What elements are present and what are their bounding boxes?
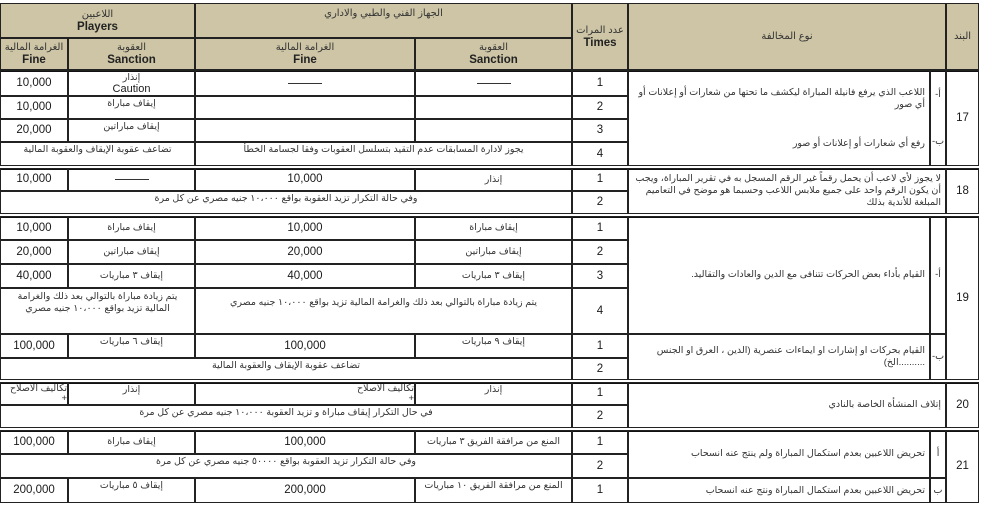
plus-sign: + [408,394,414,404]
staff-fine-cell: 10,000 [195,168,415,191]
staff-sanction-cell [415,70,572,96]
staff-note: يجوز لادارة المسابقات عدم التقيد بتسلسل … [195,142,572,166]
players-group-label-en: Players [77,21,118,34]
fine-label-en: Fine [22,54,46,67]
times-cell: 2 [572,405,628,428]
violation-text-b: القيام بحركات او إشارات او ايماءات عنصري… [628,334,930,380]
times-cell: 1 [572,382,628,405]
violation-type-label: نوع المخالفة [761,30,812,43]
violation-type-header: نوع المخالفة [628,3,946,70]
sanction-label-ar: العقوبة [479,41,508,54]
player-fine-cell: 10,000 [0,70,68,96]
staff-fine-cell: تكاليف الاصلاح + [195,382,415,405]
clause-number: 17 [946,70,979,166]
times-cell: 1 [572,430,628,454]
staff-sanction-cell: إيقاف ٩ مباريات [415,334,572,358]
times-cell: 4 [572,288,628,334]
staff-fine-cell: 10,000 [195,216,415,240]
player-sanction-cell: إيقاف مباراة [68,430,195,454]
clause-label: البند [954,30,971,43]
player-fine-header: الغرامة المالية Fine [0,38,68,70]
staff-fine-cell: 100,000 [195,334,415,358]
player-fine-cell: 100,000 [0,430,68,454]
player-fine-cell: 20,000 [0,240,68,264]
player-sanction-cell: إنذار [68,382,195,405]
plus-sign: + [61,394,67,404]
sanction-label-en: Sanction [107,54,156,67]
sanction-en: Caution [113,84,151,95]
sanction-label-en: Sanction [469,54,518,67]
staff-fine-cell [195,119,415,142]
times-cell: 2 [572,240,628,264]
dash-icon [288,83,322,84]
clause-header: البند [946,3,979,70]
player-sanction-cell: إيقاف ٦ مباريات [68,334,195,358]
item-b-text: رفع أي شعارات أو إعلانات أو صور [793,138,925,150]
staff-sanction-cell: إنذار [415,382,572,405]
times-cell: 1 [572,334,628,358]
fine-label-ar: الغرامة المالية [5,41,64,54]
player-fine-cell: 200,000 [0,478,68,503]
fine-label-ar: الغرامة المالية [276,41,335,54]
player-sanction-cell: إنذار Caution [68,70,195,96]
staff-sanction-cell [415,96,572,119]
staff-sanction-cell: المنع من مرافقة الفريق ٣ مباريات [415,430,572,454]
repair-costs-label: تكاليف الاصلاح [10,384,67,394]
staff-fine-cell [195,96,415,119]
repeat-note: وفي حالة التكرار تزيد العقوبة بواقع ٥٠٠٠… [0,454,572,478]
repair-costs-label: تكاليف الاصلاح [357,384,414,394]
times-cell: 1 [572,478,628,503]
fine-label-en: Fine [293,54,317,67]
player-sanction-cell: إيقاف مباراتين [68,119,195,142]
times-cell: 4 [572,142,628,166]
clause-number: 19 [946,216,979,380]
players-group-label-ar: اللاعبين [82,8,113,21]
staff-sanction-cell: إيقاف مباراة [415,216,572,240]
times-cell: 2 [572,191,628,214]
staff-sanction-cell: إنذار [415,168,572,191]
player-sanction-cell: إيقاف مباراتين [68,240,195,264]
times-cell: 1 [572,168,628,191]
staff-fine-cell: 100,000 [195,430,415,454]
player-fine-cell: 20,000 [0,119,68,142]
staff-note: يتم زيادة مباراة بالتوالي بعد ذلك والغرا… [195,288,572,334]
player-fine-cell: 40,000 [0,264,68,288]
item-b-letter: ب [930,478,946,503]
player-sanction-header: العقوبة Sanction [68,38,195,70]
player-sanction-cell: إيقاف مباراة [68,216,195,240]
dash-icon [115,179,149,180]
times-cell: 2 [572,96,628,119]
item-a-text: اللاعب الذي يرفع فانيلة المباراة ليكشف م… [633,87,925,111]
violation-text: اللاعب الذي يرفع فانيلة المباراة ليكشف م… [628,70,930,166]
players-group-header: اللاعبين Players [0,3,195,38]
staff-fine-cell [195,70,415,96]
times-cell: 2 [572,358,628,380]
repeat-note: في حال التكرار إيقاف مباراة و تزيد العقو… [0,405,572,428]
times-label-ar: عدد المرات [576,24,624,37]
player-fine-cell: 10,000 [0,216,68,240]
player-sanction-cell: إيقاف مباراة [68,96,195,119]
staff-sanction-cell: إيقاف مباراتين [415,240,572,264]
staff-group-label-ar: الجهاز الفني والطبي والاداري [324,7,443,20]
times-cell: 3 [572,119,628,142]
staff-sanction-cell: المنع من مرافقة الفريق ١٠ مباريات [415,478,572,503]
staff-sanction-cell [415,119,572,142]
staff-fine-cell: 40,000 [195,264,415,288]
staff-sanction-header: العقوبة Sanction [415,38,572,70]
sanction-label-ar: العقوبة [117,41,146,54]
staff-fine-header: الغرامة المالية Fine [195,38,415,70]
clause-number: 20 [946,382,979,428]
violation-text: إتلاف المنشأة الخاصة بالنادي [628,382,946,428]
times-cell: 3 [572,264,628,288]
player-sanction-cell [68,168,195,191]
violation-text-b: تحريض اللاعبين بعدم استكمال المباراة ونت… [628,478,930,503]
player-fine-cell: 10,000 [0,96,68,119]
times-cell: 1 [572,216,628,240]
staff-fine-cell: 20,000 [195,240,415,264]
player-note: يتم زيادة مباراة بالتوالي بعد ذلك والغرا… [0,288,195,334]
player-fine-cell: تكاليف الاصلاح + [0,382,68,405]
player-fine-cell: 100,000 [0,334,68,358]
sub-letter-cell: أ- ب- [930,70,946,166]
clause-number: 18 [946,168,979,214]
staff-fine-cell: 200,000 [195,478,415,503]
violation-text: لا يجوز لأي لاعب أن يحمل رقماً غير الرقم… [628,168,946,214]
player-fine-cell: 10,000 [0,168,68,191]
staff-group-header: الجهاز الفني والطبي والاداري [195,3,572,38]
dash-icon [477,83,511,84]
violation-text-a: القيام بأداء بعض الحركات تتنافى مع الدين… [628,216,930,334]
clause-number: 21 [946,430,979,503]
item-a-letter: أ- [930,216,946,334]
item-b-letter: ب- [930,334,946,380]
player-note: تضاعف عقوبة الإيقاف والعقوبة المالية [0,142,195,166]
repeat-note: وفي حالة التكرار تزيد العقوبة بواقع ١٠،٠… [0,191,572,214]
staff-sanction-cell: إيقاف ٣ مباريات [415,264,572,288]
item-a-letter: أ- [935,89,941,101]
times-cell: 2 [572,454,628,478]
player-sanction-cell: إيقاف ٣ مباريات [68,264,195,288]
player-sanction-cell: إيقاف ٥ مباريات [68,478,195,503]
violation-text-a: تحريض اللاعبين بعدم استكمال المباراة ولم… [628,430,930,478]
times-header: عدد المرات Times [572,3,628,70]
sanction-ar: إنذار [123,72,141,84]
item-b-letter: ب- [932,136,944,148]
repeat-note: تضاعف عقوبة الإيقاف والعقوبة المالية [0,358,572,380]
times-cell: 1 [572,70,628,96]
times-label-en: Times [583,37,616,50]
item-a-letter: أ [930,430,946,478]
